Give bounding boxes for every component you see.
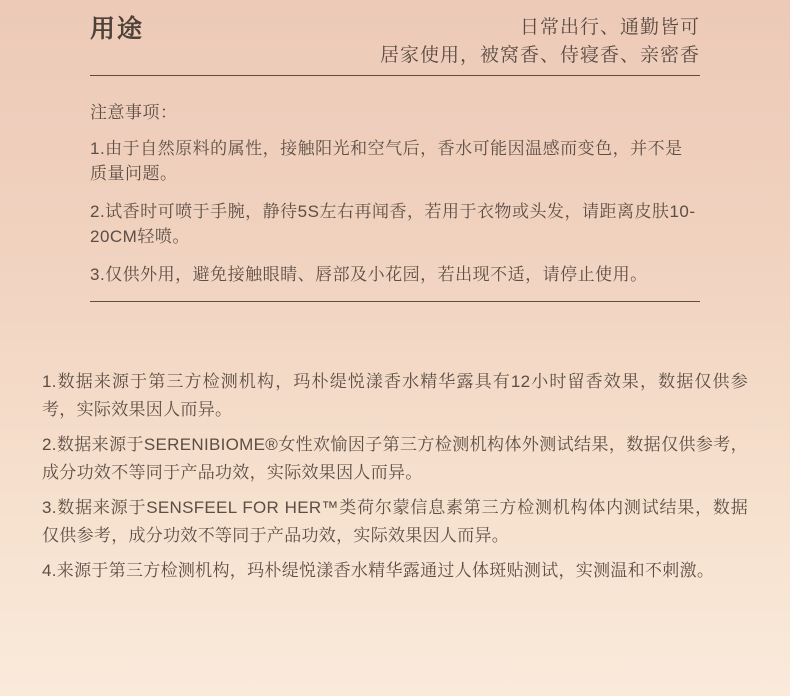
usage-title: 用途 [90, 14, 144, 44]
usage-subtitle-line-2: 居家使用，被窝香、侍寝香、亲密香 [380, 42, 700, 70]
disclaimer-item-3: 3.数据来源于SENSFEEL FOR HER™类荷尔蒙信息素第三方检测机构体内… [42, 494, 748, 550]
divider-bottom [90, 301, 700, 302]
notice-item-3: 3.仅供外用，避免接触眼睛、唇部及小花园，若出现不适，请停止使用。 [90, 262, 700, 287]
usage-subtitle-line-1: 日常出行、通勤皆可 [380, 14, 700, 42]
disclaimer-item-4: 4.来源于第三方检测机构，玛朴缇悦漾香水精华露通过人体斑贴测试，实测温和不刺激。 [42, 557, 748, 585]
usage-section: 用途 日常出行、通勤皆可 居家使用，被窝香、侍寝香、亲密香 注意事项： 1.由于… [90, 0, 700, 302]
notice-block: 注意事项： 1.由于自然原料的属性，接触阳光和空气后，香水可能因温感而变色，并不… [90, 103, 700, 287]
notice-heading: 注意事项： [90, 103, 700, 123]
divider-top [90, 75, 700, 76]
disclaimer-section: 1.数据来源于第三方检测机构，玛朴缇悦漾香水精华露具有12小时留香效果，数据仅供… [42, 368, 748, 585]
usage-header: 用途 日常出行、通勤皆可 居家使用，被窝香、侍寝香、亲密香 [90, 14, 700, 70]
disclaimer-item-2: 2.数据来源于SERENIBIOME®女性欢愉因子第三方检测机构体外测试结果，数… [42, 431, 748, 487]
notice-item-1: 1.由于自然原料的属性，接触阳光和空气后，香水可能因温感而变色，并不是质量问题。 [90, 136, 700, 186]
usage-subtitle: 日常出行、通勤皆可 居家使用，被窝香、侍寝香、亲密香 [380, 14, 700, 70]
product-description-page: 用途 日常出行、通勤皆可 居家使用，被窝香、侍寝香、亲密香 注意事项： 1.由于… [0, 0, 790, 585]
disclaimer-item-1: 1.数据来源于第三方检测机构，玛朴缇悦漾香水精华露具有12小时留香效果，数据仅供… [42, 368, 748, 424]
notice-item-2: 2.试香时可喷于手腕，静待5S左右再闻香，若用于衣物或头发，请距离皮肤10-20… [90, 199, 700, 249]
